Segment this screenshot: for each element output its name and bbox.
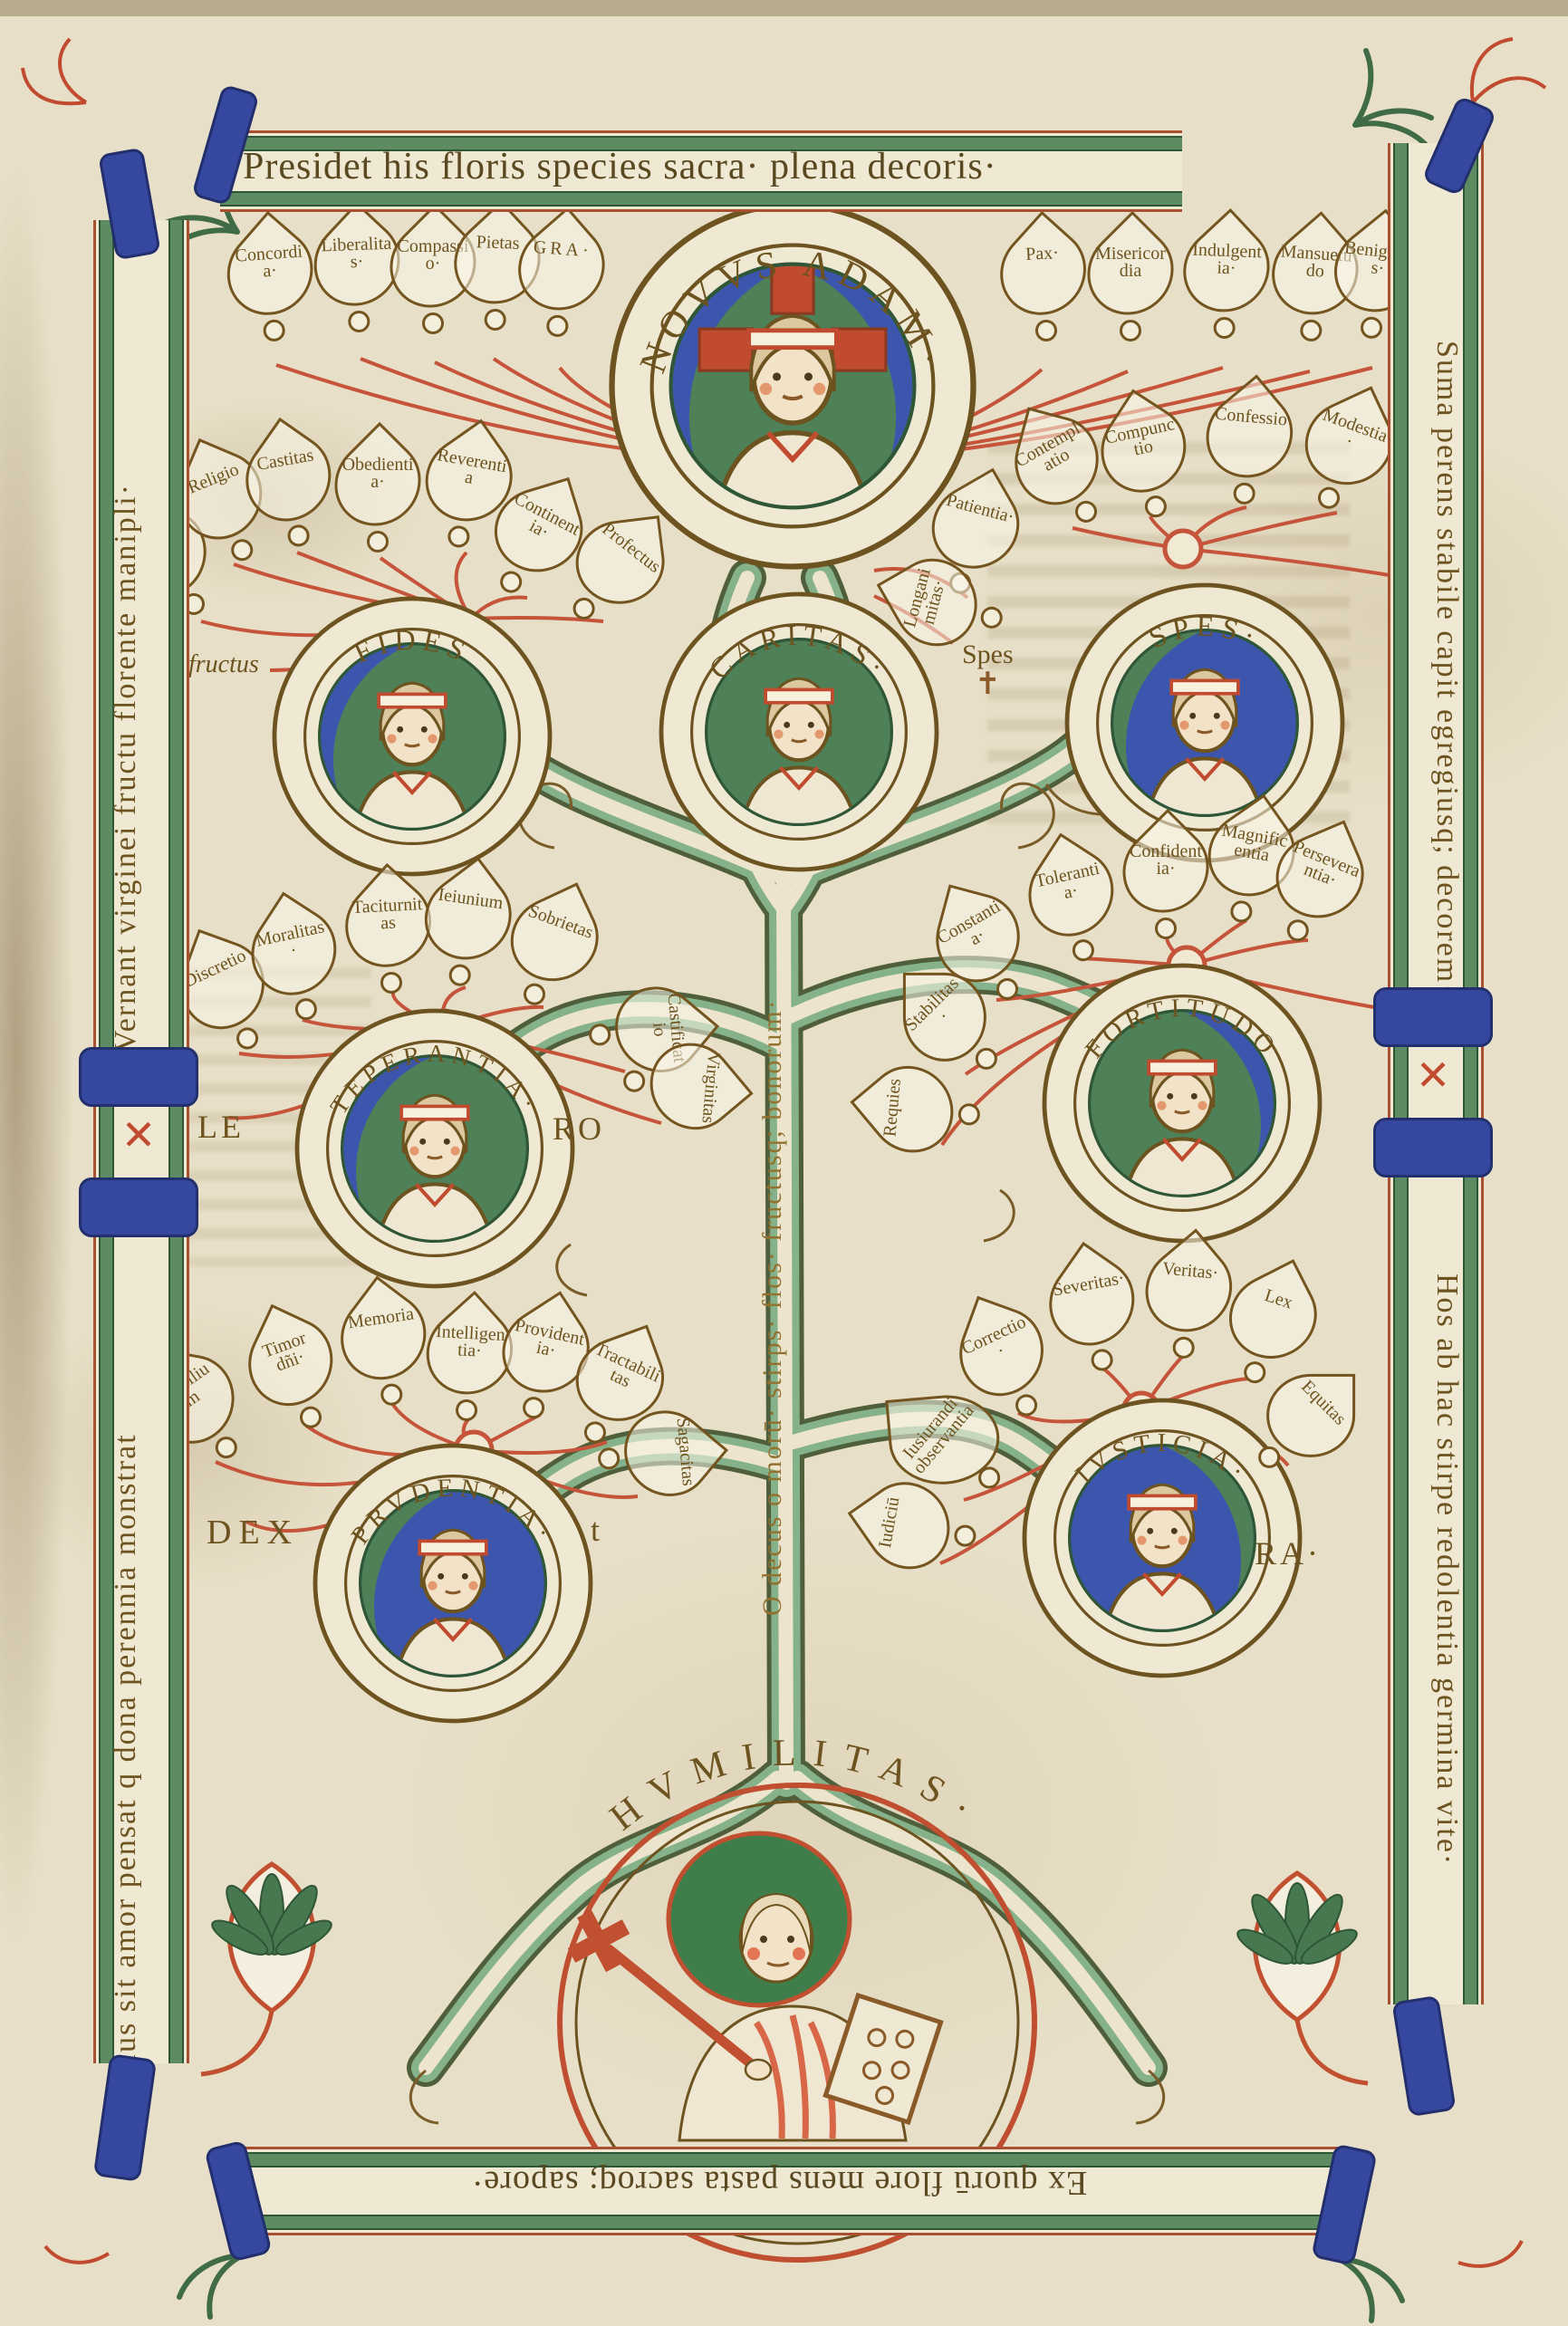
corner-palmette-left	[201, 1864, 336, 2074]
leaf-confessio: Confessio	[1199, 380, 1297, 514]
x-ornament-icon: ✕	[1380, 1051, 1486, 1100]
leaf-sagacitas: Sagacitas	[589, 1406, 723, 1504]
label-le: LE	[197, 1108, 245, 1146]
label-ra: RA·	[1255, 1534, 1322, 1572]
label-ro: RO	[553, 1110, 605, 1148]
leaf-obedientia: Obedientia·	[334, 431, 421, 558]
clasp-bar	[1373, 987, 1493, 1047]
clasp-bar	[79, 1177, 198, 1237]
leaf-concordia: Concordia·	[223, 217, 319, 350]
leaf-misericordia: Misericordia	[1087, 220, 1174, 347]
label-fructus: fructus	[188, 650, 259, 679]
leaf-memoria: Memoria	[333, 1279, 438, 1417]
clasp-bar	[1373, 1118, 1493, 1177]
medallion-prudentia: PRVDENTIA·	[308, 1438, 598, 1728]
leaf-confidentia: Confidentia·	[1122, 818, 1209, 945]
corner-palmette-right	[1233, 1873, 1368, 2083]
trunk-inscription: O decus o morū· stirps· flos· fructusq; …	[757, 881, 815, 1733]
leaf-gratia: GRA·	[513, 213, 609, 345]
right-border-verse-lower: Hos ab hac stirpe redolentia germina vit…	[1406, 1149, 1464, 1991]
clasp-bar	[79, 1047, 198, 1107]
label-spes-with-cross: Spes ✝	[962, 639, 1014, 701]
left-border-clasp: ✕	[86, 1056, 191, 1228]
manuscript-page: NOVVS ADAM· FIDES CARITAS·	[0, 16, 1568, 2326]
bottom-banner-inscription: Ex quorū flore mens pasta sacroq; sapore…	[390, 2163, 1169, 2203]
top-banner-inscription: Presidet his floris species sacra· plena…	[243, 145, 997, 188]
right-border-clasp: ✕	[1380, 996, 1486, 1168]
x-ornament-icon: ✕	[86, 1110, 191, 1159]
medallion-humilitas: HVMILITAS·	[530, 1751, 1064, 2140]
label-dex: DEX	[207, 1513, 299, 1552]
leaf-pax: Pax·	[997, 218, 1091, 350]
label-t: t	[591, 1511, 600, 1549]
right-border-verse-upper: Suma perens stabile capit egregiusq; dec…	[1406, 243, 1464, 1094]
medallion-fortitudo: FORTITUDO	[1037, 958, 1327, 1248]
label-spes-text: Spes	[962, 639, 1014, 669]
cross-icon: ✝	[975, 668, 1001, 701]
medallion-temperantia: TEPERANTIA·	[290, 1004, 580, 1293]
medallion-fides: FIDES	[267, 591, 557, 881]
book-icon	[825, 1995, 940, 2122]
leaf-virginitas: Virginitas	[614, 1036, 748, 1134]
leaf-indulgentia: Indulgentia·	[1180, 216, 1272, 345]
